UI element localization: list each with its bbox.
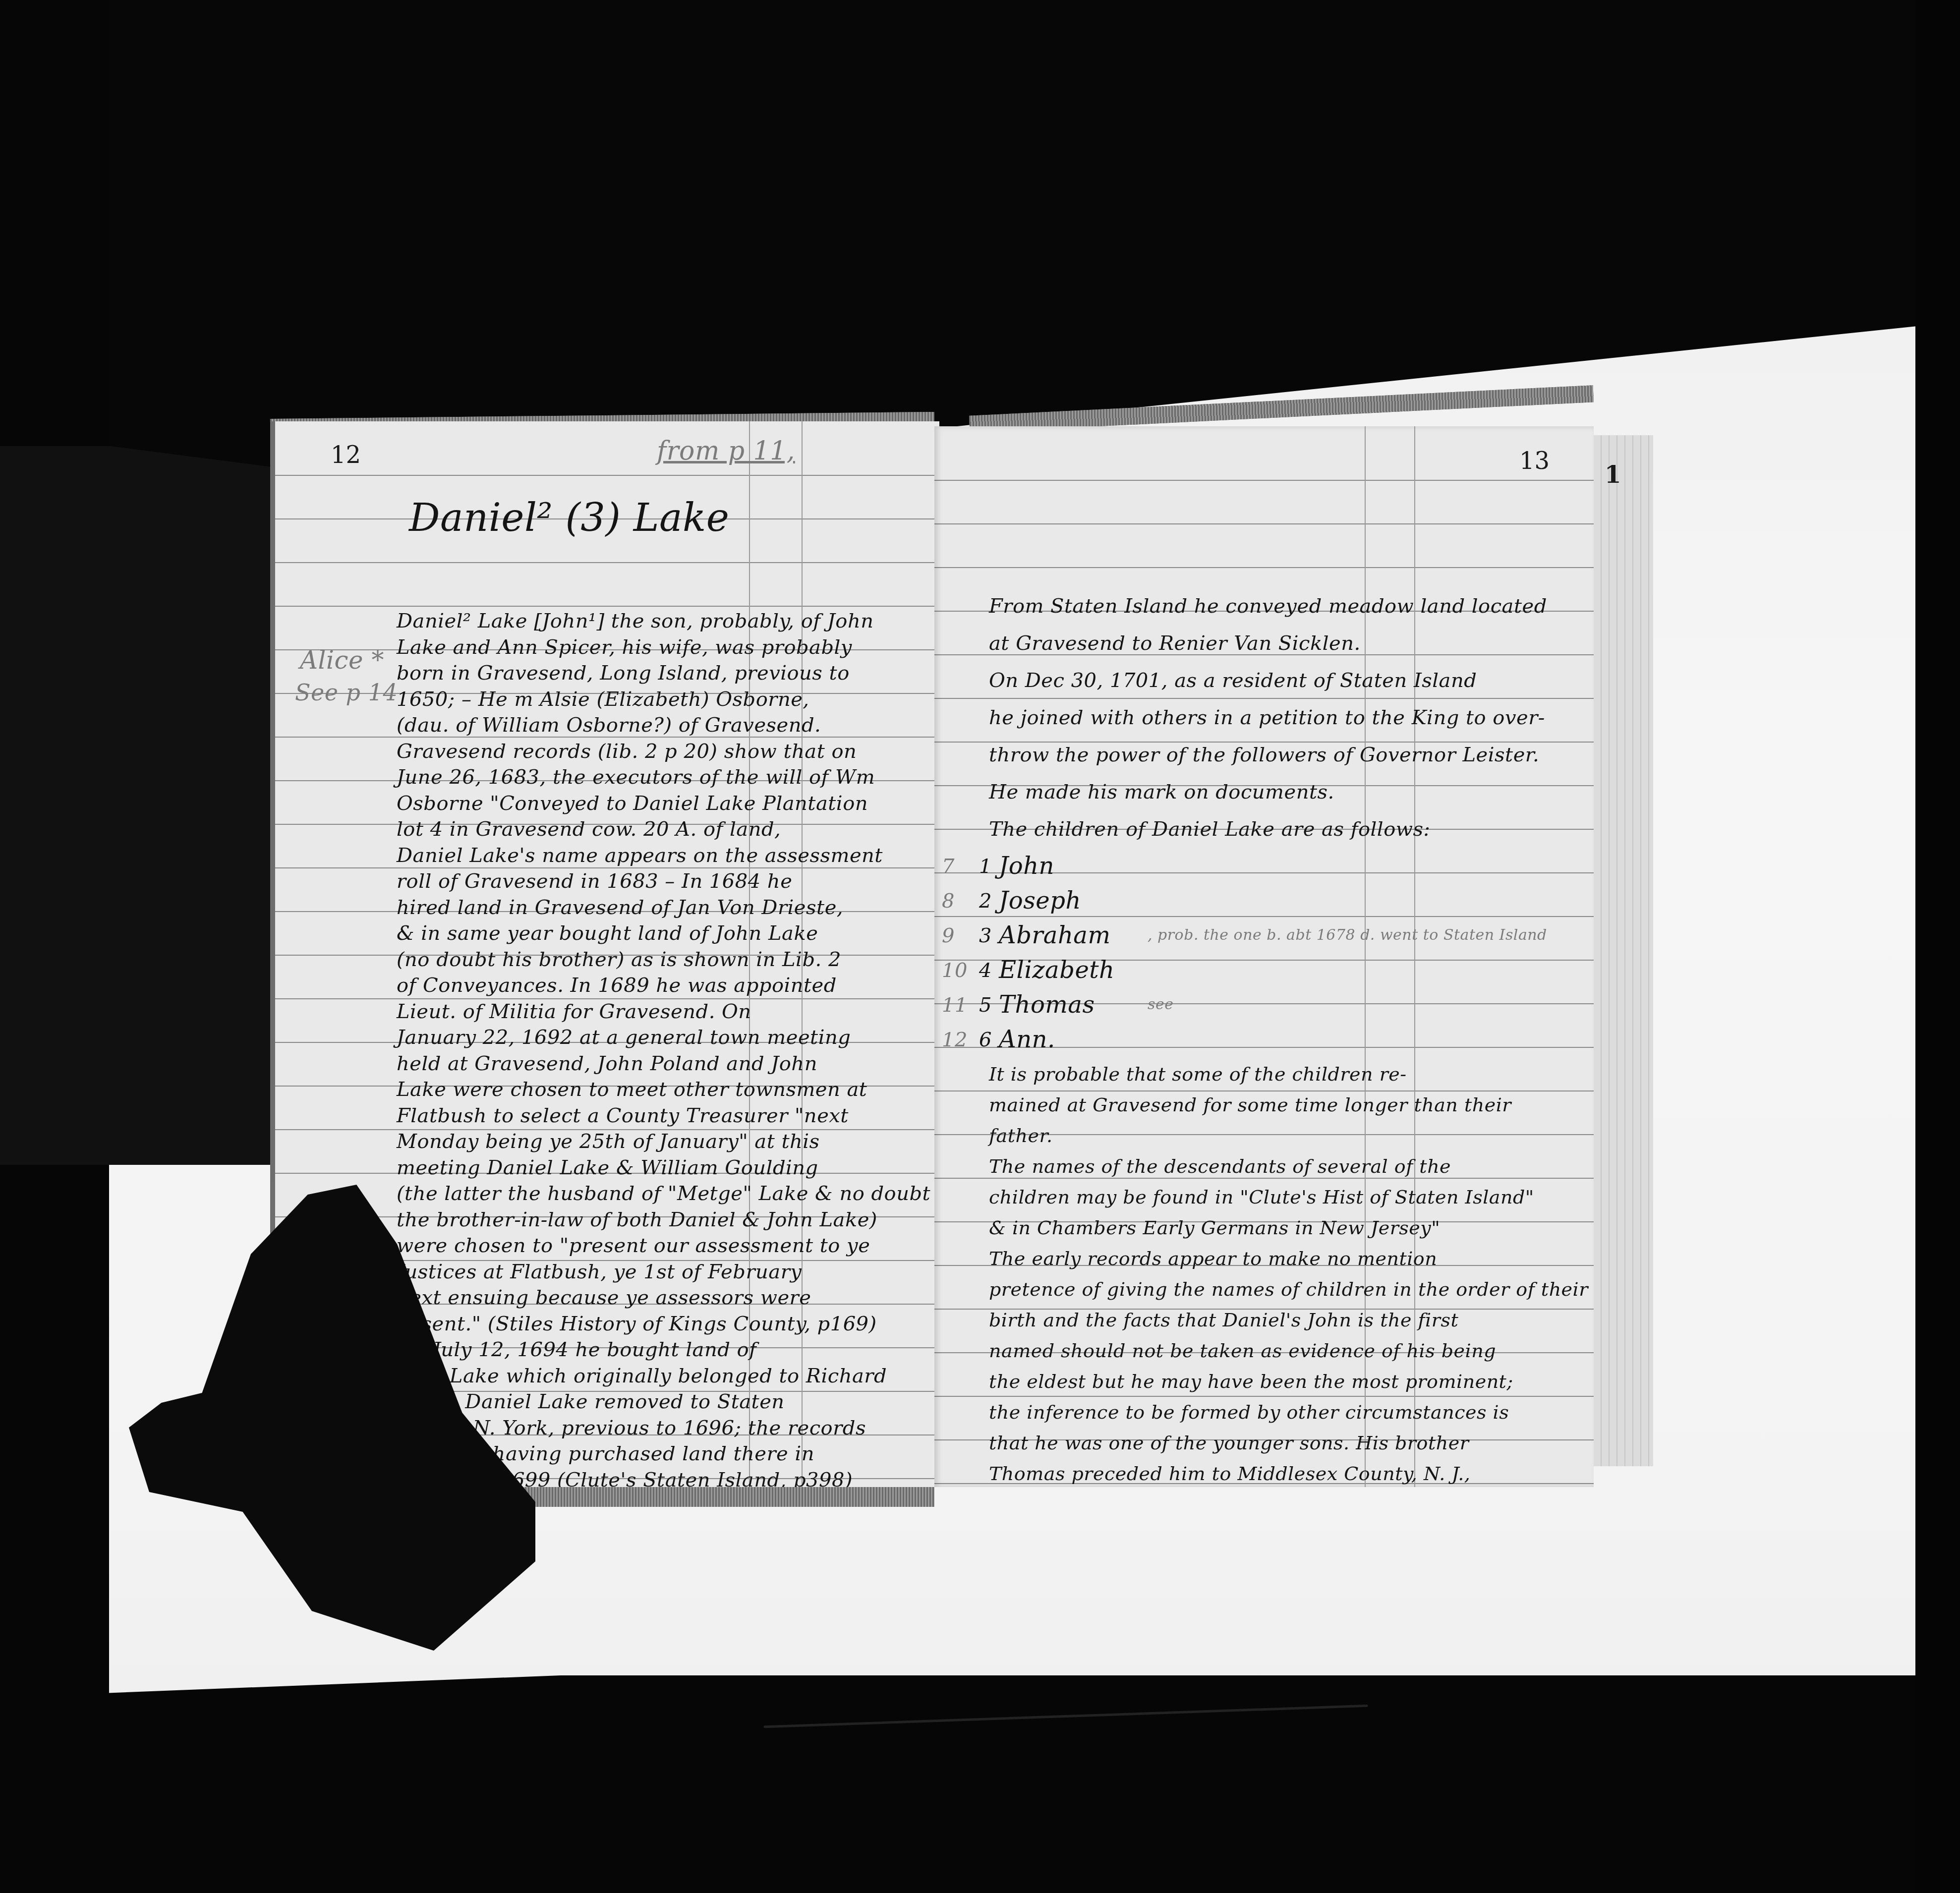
margin-note-alice: Alice * — [300, 646, 384, 675]
handwritten-line: Justices at Flatbush, ye 1st of February — [397, 1261, 802, 1283]
child-name: Ann. — [999, 1026, 1055, 1053]
right-film-edge — [1915, 0, 1960, 1893]
handwritten-line: 1650; – He m Alsie (Elizabeth) Osborne, — [397, 688, 809, 711]
handwritten-line: mained at Gravesend for some time longer… — [989, 1094, 1511, 1116]
handwritten-line: The early records appear to make no ment… — [989, 1248, 1437, 1269]
handwritten-line: throw the power of the followers of Gove… — [989, 744, 1539, 766]
handwritten-line: On Dec 30, 1701, as a resident of Staten… — [989, 669, 1477, 692]
page-number: 13 — [1519, 447, 1550, 475]
handwritten-line: at Gravesend to Renier Van Sicklen. — [989, 632, 1361, 655]
handwritten-line: that he was one of the younger sons. His… — [989, 1432, 1469, 1454]
handwritten-line: Gravesend records (lib. 2 p 20) show tha… — [397, 740, 857, 763]
child-margin-number: 10 — [942, 959, 968, 982]
handwritten-line: named should not be taken as evidence of… — [989, 1340, 1496, 1362]
child-number: 5 — [979, 994, 992, 1017]
handwritten-line: On July 12, 1694 he bought land of — [397, 1338, 756, 1361]
handwritten-line: the eldest but he may have been the most… — [989, 1371, 1513, 1392]
margin-note-see-page: See p 14 — [295, 679, 398, 706]
child-name: John — [999, 852, 1054, 880]
handwritten-line: He made his mark on documents. — [989, 781, 1334, 803]
handwritten-line: & in Chambers Early Germans in New Jerse… — [989, 1217, 1440, 1239]
handwritten-line: he joined with others in a petition to t… — [989, 706, 1545, 729]
handwritten-line: The names of the descendants of several … — [989, 1155, 1451, 1177]
child-name: Joseph — [999, 887, 1081, 915]
handwritten-line: of Conveyances. In 1689 he was appointed — [397, 974, 837, 997]
page-edge-stack: 1 — [1594, 435, 1653, 1466]
child-name: Thomas — [999, 991, 1095, 1019]
handwritten-line: roll of Gravesend in 1683 – In 1684 he — [397, 870, 792, 893]
handwritten-line: hired land in Gravesend of Jan Von Dries… — [397, 896, 843, 919]
handwritten-line: Thomas preceded him to Middlesex County,… — [989, 1463, 1470, 1485]
handwritten-line: the inference to be formed by other circ… — [989, 1401, 1509, 1423]
handwritten-line: Osborne "Conveyed to Daniel Lake Plantat… — [397, 792, 868, 815]
handwritten-line: absent." (Stiles History of Kings County… — [397, 1313, 877, 1335]
handwritten-line: Daniel² Lake [John¹] the son, probably, … — [397, 610, 873, 632]
handwritten-line: The children of Daniel Lake are as follo… — [989, 818, 1430, 841]
child-margin-number: 7 — [942, 855, 955, 878]
child-margin-number: 11 — [942, 994, 968, 1017]
left-shadow-region — [0, 446, 278, 1165]
handwritten-line: (dau. of William Osborne?) of Gravesend. — [397, 714, 821, 737]
handwritten-line: From Staten Island he conveyed meadow la… — [989, 595, 1547, 618]
child-number: 6 — [979, 1029, 992, 1051]
handwritten-line: the brother-in-law of both Daniel & John… — [397, 1208, 877, 1231]
handwritten-line: born in Gravesend, Long Island, previous… — [397, 662, 850, 685]
page-number: 12 — [331, 441, 361, 469]
child-number: 4 — [979, 959, 992, 982]
margin-note-top: from p 11, — [657, 436, 795, 466]
handwritten-line: It is probable that some of the children… — [989, 1063, 1407, 1085]
handwritten-line: father. — [989, 1125, 1053, 1147]
child-number: 2 — [979, 890, 992, 913]
handwritten-line: Flatbush to select a County Treasurer "n… — [397, 1104, 849, 1127]
handwritten-line: held at Gravesend, John Poland and John — [397, 1052, 817, 1075]
child-name: Abraham — [999, 921, 1111, 949]
handwritten-line: June 26, 1683, the executors of the will… — [397, 766, 875, 789]
handwritten-line: (the latter the husband of "Metge" Lake … — [397, 1182, 930, 1205]
handwritten-line: were chosen to "present our assessment t… — [397, 1234, 870, 1257]
child-note: see — [1148, 996, 1173, 1013]
child-margin-number: 12 — [942, 1029, 968, 1051]
handwritten-line: Lieut. of Militia for Gravesend. On — [397, 1000, 751, 1023]
open-notebook: 12 from p 11, Daniel² (3) Lake Alice * S… — [270, 415, 1653, 1506]
handwritten-line: birth and the facts that Daniel's John i… — [989, 1309, 1458, 1331]
handwritten-line: John Lake which originally belonged to R… — [397, 1365, 887, 1387]
handwritten-line: Monday being ye 25th of January" at this — [397, 1130, 820, 1153]
bottom-dark-band — [0, 1675, 1960, 1893]
edge-page-number: 1 — [1605, 461, 1621, 489]
child-note: , prob. the one b. abt 1678 d. went to S… — [1148, 926, 1547, 944]
handwritten-line: (no doubt his brother) as is shown in Li… — [397, 948, 841, 971]
child-margin-number: 8 — [942, 890, 955, 913]
handwritten-line: meeting Daniel Lake & William Goulding — [397, 1156, 818, 1179]
child-margin-number: 9 — [942, 924, 955, 947]
handwritten-line: pretence of giving the names of children… — [989, 1278, 1588, 1300]
handwritten-line: children may be found in "Clute's Hist o… — [989, 1186, 1534, 1208]
handwritten-line: Daniel Lake's name appears on the assess… — [397, 844, 883, 867]
child-number: 1 — [979, 855, 992, 878]
handwritten-line: & in same year bought land of John Lake — [397, 922, 818, 945]
handwritten-line: Lake were chosen to meet other townsmen … — [397, 1078, 867, 1101]
child-number: 3 — [979, 924, 992, 947]
handwritten-line: next ensuing because ye assessors were — [397, 1286, 811, 1309]
child-name: Elizabeth — [999, 956, 1114, 984]
right-page: 13 From Staten Island he conveyed meadow… — [934, 426, 1594, 1487]
handwritten-line: January 22, 1692 at a general town meeti… — [397, 1026, 851, 1049]
handwritten-line: lot 4 in Gravesend cow. 20 A. of land, — [397, 818, 781, 841]
handwritten-line: Lake and Ann Spicer, his wife, was proba… — [397, 636, 852, 659]
entry-heading: Daniel² (3) Lake — [409, 496, 729, 540]
